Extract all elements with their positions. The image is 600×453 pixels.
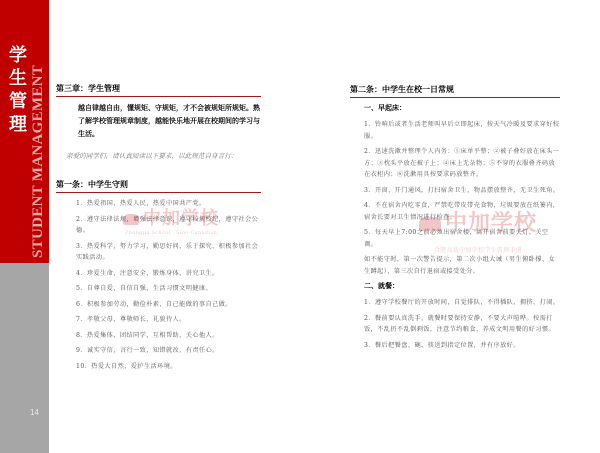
list-item: 1．热爱祖国，热爱人民，热爱中国共产党。 (76, 198, 261, 210)
list-item: 如不能守时，第一次警告提示，第二次小组大诫（男生俯卧撑、女生蹲起），第三次自行退… (364, 254, 560, 277)
sidebar-title-char: 生 (8, 67, 28, 90)
list-item: 1．铃响后或者生活老师叫早后立即起床，按天气冷暖及要求穿好校服。 (364, 119, 560, 142)
sidebar-english-title: STUDENT MANAGEMENT (30, 65, 47, 258)
list-item: 5．自尊自爱，自信自强，生活习惯文明健康。 (76, 283, 261, 295)
section-items: 1．铃响后或者生活老师叫早后立即起床，按天气冷暖及要求穿好校服。 2．迅速洗漱并… (350, 119, 560, 277)
section-heading: 一、早起床： (364, 103, 560, 113)
list-item: 7．孝敬父母，尊敬师长，礼貌待人。 (76, 314, 261, 326)
list-item: 9．诚实守信，言行一致，知错就改，有责任心。 (76, 345, 261, 357)
sidebar-title-char: 管 (8, 90, 28, 113)
list-item: 3．餐后把餐盘、碗、筷送到指定位置，并有序放好。 (364, 340, 560, 352)
list-item: 4．珍爱生命，注意安全，锻炼身体，讲究卫生。 (76, 268, 261, 280)
list-item: 2．餐前要认真洗手，就餐时要保持安静，不要大声喧哗。按需打饭，不乱扔不乱倒剩饭，… (364, 313, 560, 336)
list-item: 3．开窗、开门通风，打扫宿舍卫生，物品摆放整齐，无卫生死角。 (364, 185, 560, 197)
article-heading: 第二条：中学生在校一日常规 (350, 84, 560, 98)
sidebar-title: 学 生 管 理 (8, 44, 28, 136)
intro-italic-text: 亲爱的同学们，请认真阅读以下要求，以此规范自身言行： (56, 150, 261, 163)
section-heading: 二、就餐： (364, 281, 560, 291)
list-item: 4．不在宿舍内吃零食，严禁吃带皮带壳食物，垃圾要放在纸篓内，宿舍长要对卫生情况进… (364, 200, 560, 223)
list-item: 10．热爱大自然，爱护生活环境。 (76, 361, 261, 373)
list-item: 2．迅速洗漱并整理个人内务：①床单平整；②被子叠好放在床头一方；③枕头平放在被子… (364, 146, 560, 181)
sidebar: 学 生 管 理 STUDENT MANAGEMENT 14 (0, 0, 49, 453)
page-number: 14 (30, 408, 39, 417)
rules-list: 1．热爱祖国，热爱人民，热爱中国共产党。 2．遵守法律法规，增强法律意识，遵守校… (56, 198, 261, 372)
left-page: 第三章：学生管理 越自律越自由，懂规矩、守规矩，才不会被规矩所规矩。熟了解学校管… (56, 83, 261, 376)
list-item: 5．每天早上7:00之前必须出宿舍楼，离开宿舍前要关灯、关空调。 (364, 227, 560, 250)
sidebar-title-char: 学 (8, 44, 28, 67)
section-items: 1．遵守学校餐厅的开放时间，自觉排队，不得插队、拥挤、打闹。 2．餐前要认真洗手… (350, 297, 560, 351)
intro-bold-text: 越自律越自由，懂规矩、守规矩，才不会被规矩所规矩。熟了解学校管理规章制度，越能快… (56, 102, 261, 141)
sidebar-title-char: 理 (8, 113, 28, 136)
right-page: 第二条：中学生在校一日常规 一、早起床： 1．铃响后或者生活老师叫早后立即起床，… (350, 84, 560, 355)
article-heading: 第一条：中学生守则 (56, 179, 261, 193)
list-item: 3．热爱科学，努力学习，勤思好问，乐于探究，积极参加社会实践活动。 (76, 241, 261, 264)
list-item: 2．遵守法律法规，增强法律意识，遵守校规校纪，遵守社会公德。 (76, 214, 261, 237)
chapter-heading: 第三章：学生管理 (56, 83, 261, 97)
list-item: 8．热爱集体，团结同学，互相帮助，关心他人。 (76, 330, 261, 342)
list-item: 6．积极参加劳动，勤俭朴素，自己能做的事自己做。 (76, 299, 261, 311)
list-item: 1．遵守学校餐厅的开放时间，自觉排队，不得插队、拥挤、打闹。 (364, 297, 560, 309)
